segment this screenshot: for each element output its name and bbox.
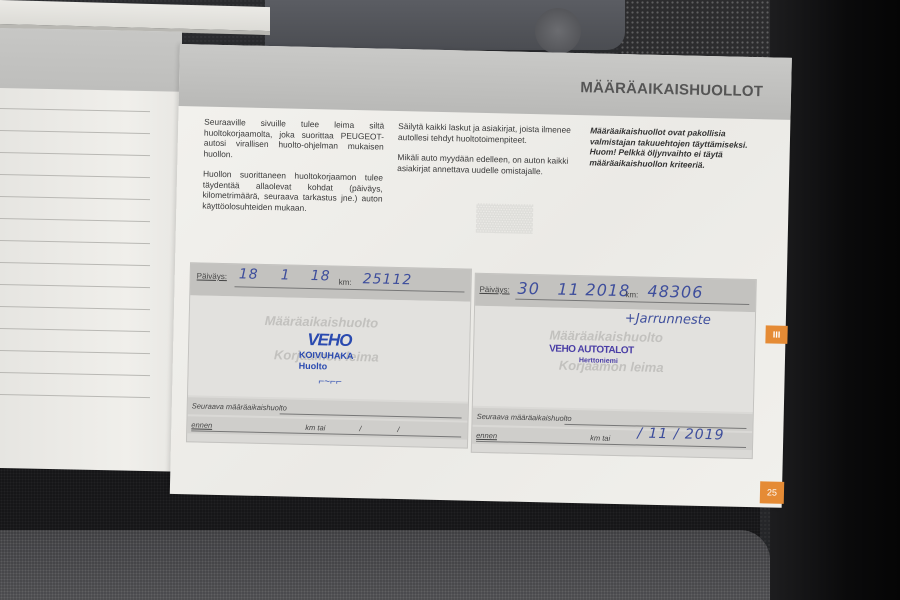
- date-label: Päiväys:: [197, 271, 227, 281]
- km-or-label: km tai: [305, 423, 325, 432]
- instructions-column-2: Säilytä kaikki laskut ja asiakirjat, joi…: [397, 121, 573, 187]
- ruled-line: [0, 372, 150, 376]
- handwritten-note: +Jarrunneste: [625, 311, 711, 328]
- ruled-line: [0, 240, 150, 244]
- ruled-line: [0, 130, 150, 134]
- page-header: MÄÄRÄAIKAISHUOLLOT: [179, 44, 792, 120]
- left-page-header: [0, 28, 182, 92]
- handwritten-year: 18: [311, 268, 331, 284]
- seat-cushion: [0, 530, 770, 600]
- ruled-line: [0, 152, 150, 156]
- stamp-area: +Jarrunneste Määräaikaishuolto Korjaamon…: [473, 306, 755, 412]
- km-label: km:: [339, 278, 352, 287]
- service-record-1: Päiväys: 18 1 18 km: 25112 Määräaikaishu…: [186, 262, 472, 448]
- ghost-stamp-imprint: ▓▓▓: [476, 201, 534, 233]
- ruled-line: [0, 306, 150, 310]
- ruled-line: [0, 196, 150, 200]
- handwritten-next-date: / 11 / 2019: [637, 425, 725, 443]
- page-number-badge: 25: [760, 481, 784, 504]
- date-underline: [234, 286, 464, 292]
- stamp-location: KOIVUHAKA: [299, 350, 354, 361]
- warning-text: Määräaikaishuollot ovat pakollisia valmi…: [589, 125, 760, 171]
- ruled-line: [0, 328, 150, 332]
- handwritten-day: 18: [239, 266, 259, 282]
- next-service-underline: [280, 413, 462, 418]
- before-underline: [191, 430, 461, 437]
- watermark-title: Määräaikaishuolto: [265, 313, 379, 331]
- handwritten-year: 2018: [585, 280, 630, 300]
- ruled-line: [0, 174, 150, 178]
- page-title: MÄÄRÄAIKAISHUOLLOT: [580, 79, 763, 100]
- ruled-line: [0, 262, 150, 266]
- stamp-brand: VEHO AUTOTALOT: [549, 343, 634, 356]
- stamp-area: Määräaikaishuolto Korjaamon leima VEHO K…: [188, 295, 470, 401]
- section-tab-marker: III: [765, 325, 787, 343]
- handwritten-month: 1: [281, 267, 291, 283]
- stamp-dept: Huolto: [299, 361, 328, 372]
- before-row: ennen km tai / /: [187, 416, 467, 439]
- ruled-line: [0, 284, 150, 288]
- instruction-text: Seuraaville sivuille tulee leima siltä h…: [203, 117, 384, 163]
- km-label: km:: [625, 290, 638, 299]
- instruction-text: Mikäli auto myydään edelleen, on auton k…: [397, 152, 572, 177]
- date-underline: [515, 299, 749, 305]
- stamp-brand: VEHO: [307, 330, 352, 351]
- right-page-service-records: MÄÄRÄAIKAISHUOLLOT Seuraaville sivuille …: [170, 44, 792, 508]
- instruction-text: Säilytä kaikki laskut ja asiakirjat, joi…: [398, 121, 573, 146]
- service-booklet: MÄÄRÄAIKAISHUOLLOT Seuraaville sivuille …: [0, 22, 800, 482]
- ruled-line: [0, 218, 150, 222]
- before-row: ennen km tai / 11 / 2019: [472, 427, 752, 450]
- left-page-notes: [0, 28, 182, 472]
- stamp-location: Herttoniemi: [579, 357, 618, 365]
- instruction-text: Huollon suorittaneen huoltokorjaamon tul…: [202, 169, 383, 215]
- handwritten-month: 11: [557, 280, 580, 300]
- handwritten-km: 48306: [647, 282, 703, 302]
- before-label: ennen: [476, 431, 497, 440]
- km-or-label: km tai: [590, 433, 610, 442]
- date-slash: /: [397, 425, 399, 434]
- instructions-column-3: Määräaikaishuollot ovat pakollisia valmi…: [589, 125, 760, 181]
- watermark-title: Määräaikaishuolto: [549, 327, 663, 345]
- ruled-line: [0, 350, 150, 354]
- ruled-line: [0, 108, 150, 112]
- handwritten-day: 30: [517, 279, 540, 299]
- before-label: ennen: [191, 420, 212, 429]
- instructions-column-1: Seuraaville sivuille tulee leima siltä h…: [202, 117, 384, 225]
- date-label: Päiväys:: [479, 285, 509, 295]
- ruled-line: [0, 394, 150, 398]
- next-service-label: Seuraava määräaikaishuolto: [192, 401, 287, 412]
- service-record-2: Päiväys: 30 11 2018 km: 48306 +Jarrunnes…: [471, 273, 757, 459]
- stamp-car-icon: ⌐~⌐⌐: [318, 376, 342, 388]
- handwritten-km: 25112: [363, 271, 413, 288]
- date-slash: /: [359, 424, 361, 433]
- next-service-label: Seuraava määräaikaishuolto: [477, 412, 572, 423]
